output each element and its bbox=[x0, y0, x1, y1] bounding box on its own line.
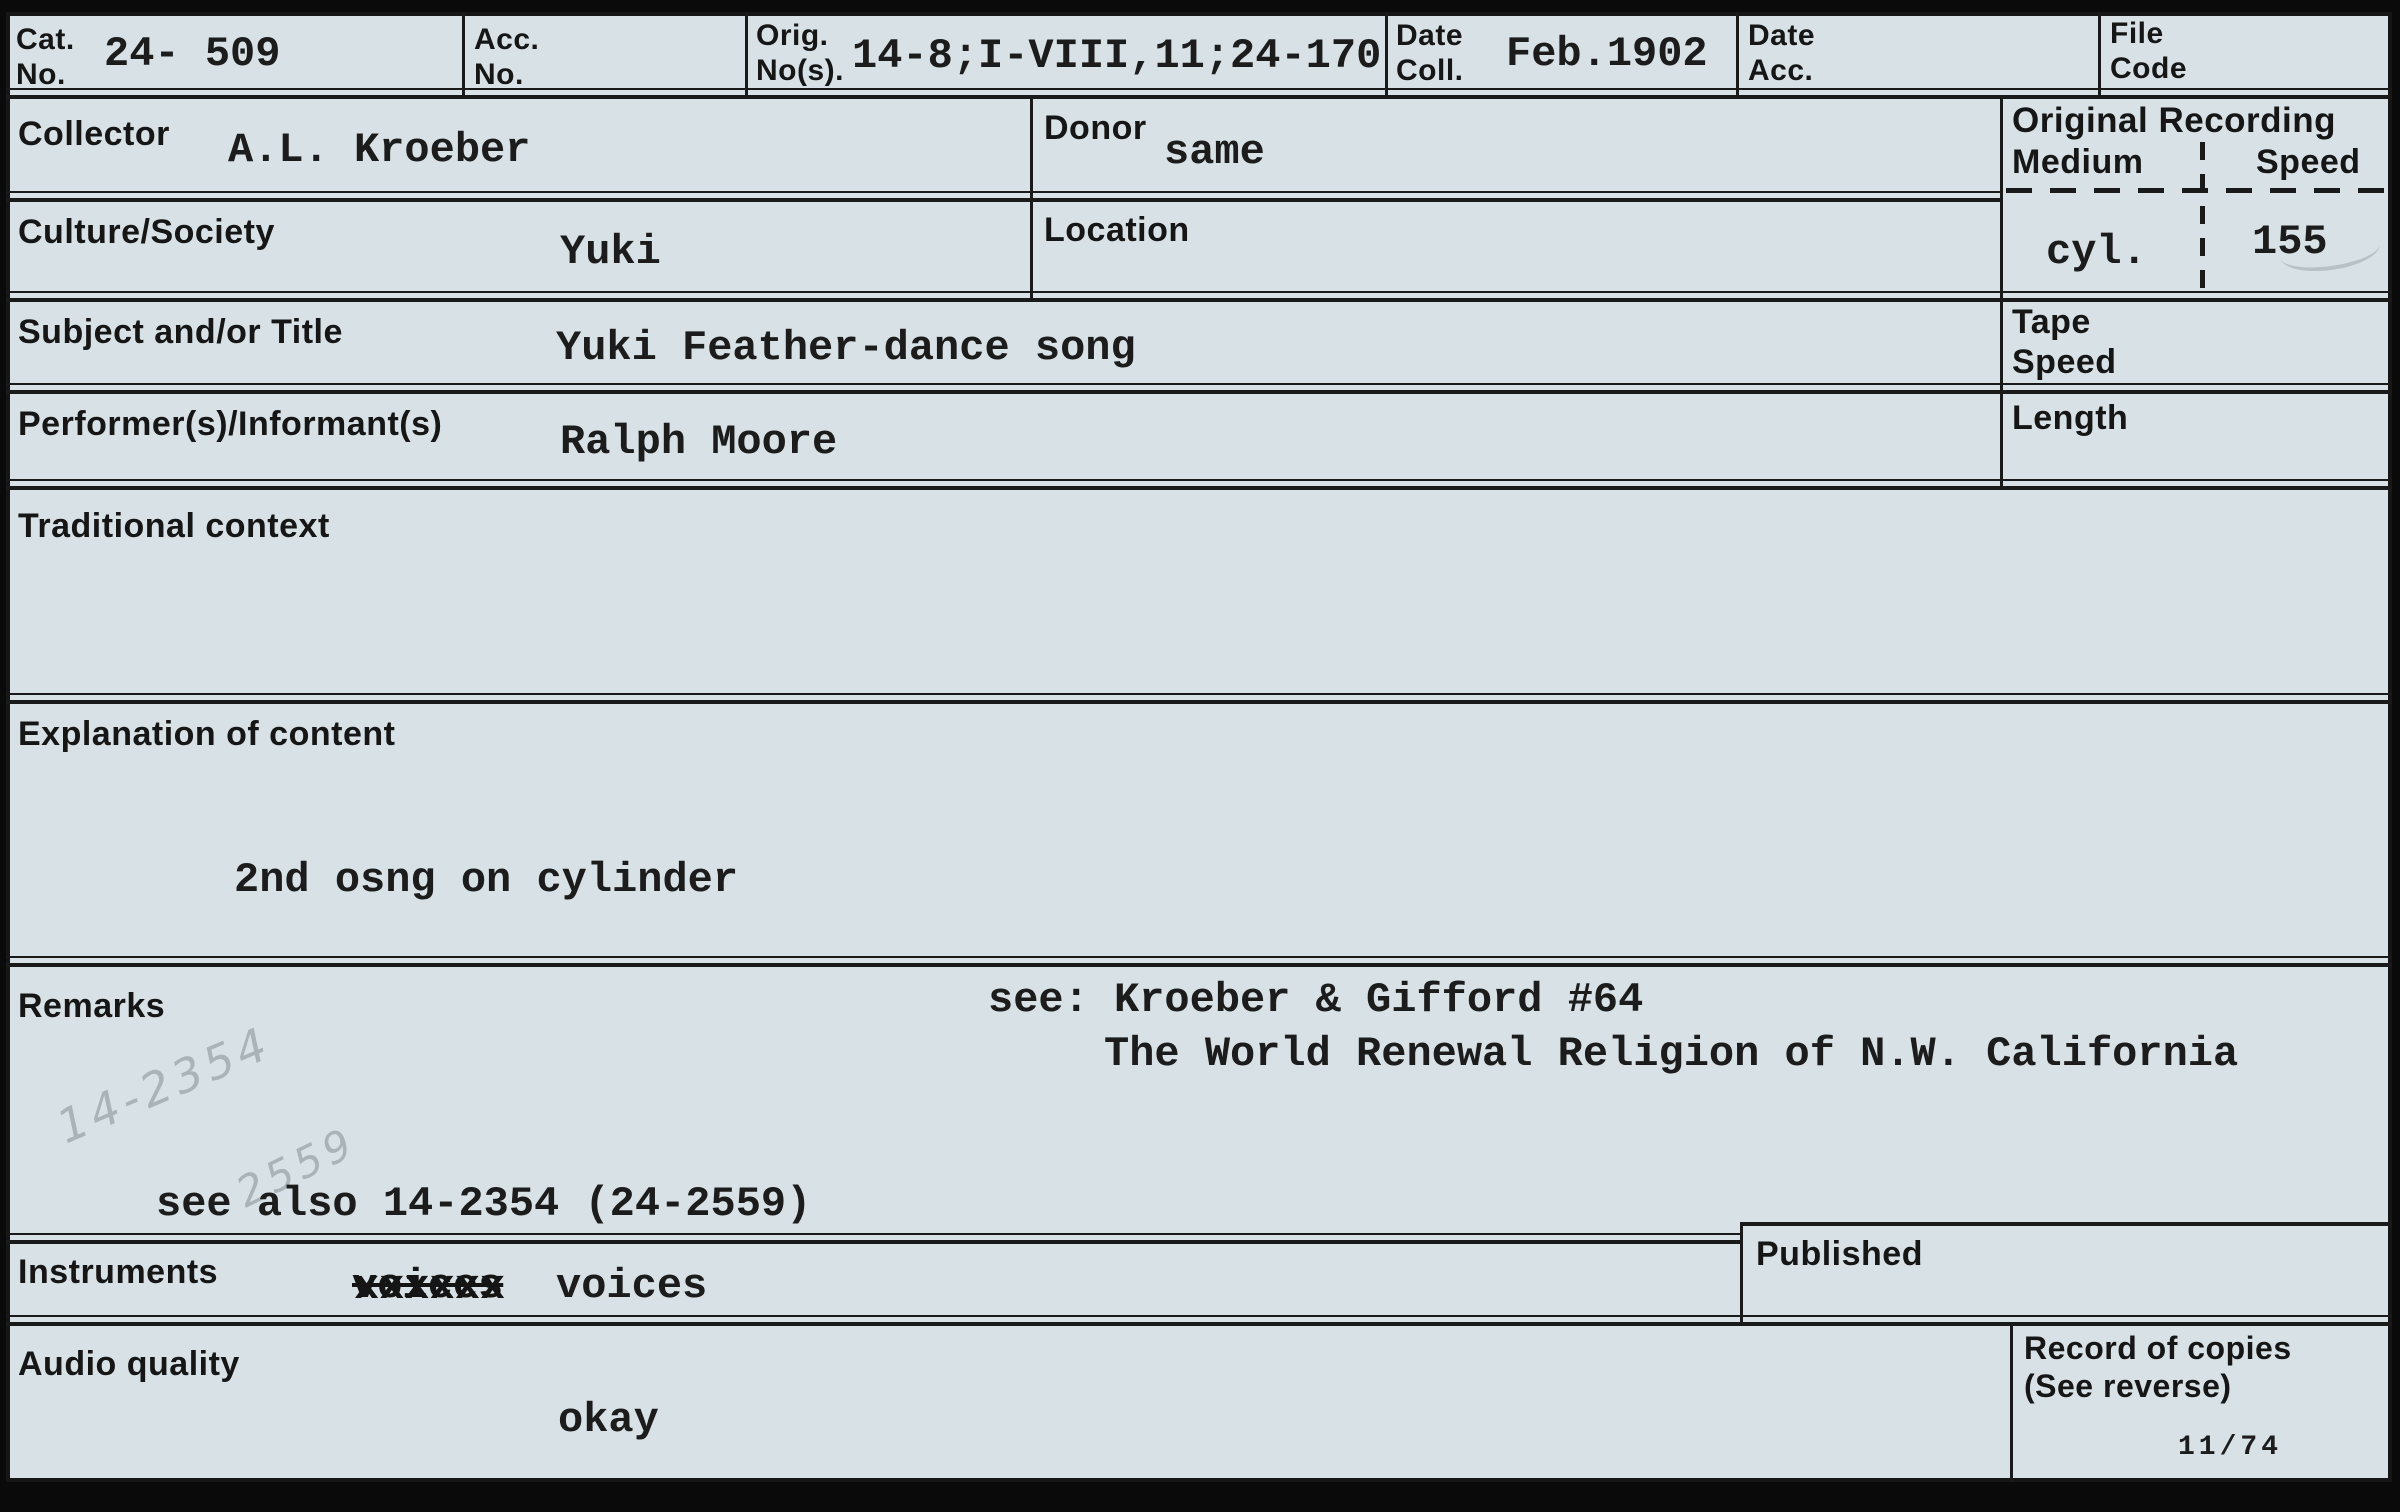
grid-line bbox=[462, 12, 465, 98]
grid-line bbox=[745, 12, 748, 98]
form-number: 11/74 bbox=[2178, 1432, 2282, 1463]
collector-label: Collector bbox=[18, 114, 170, 154]
remarks-see-line1: see: Kroeber & Gifford #64 bbox=[988, 976, 1643, 1024]
struck-word-overlay: xxxxxx bbox=[354, 1263, 505, 1311]
scanned-catalog-card: { "colors": { "card_bg": "#d8e2e6", "lin… bbox=[0, 0, 2400, 1512]
remarks-label: Remarks bbox=[18, 986, 165, 1026]
remarks-see-line2: The World Renewal Religion of N.W. Calif… bbox=[1104, 1030, 2238, 1078]
grid-line bbox=[1740, 1222, 2392, 1226]
performers-value: Ralph Moore bbox=[560, 418, 837, 466]
grid-line bbox=[2000, 95, 2003, 489]
grid-line bbox=[6, 486, 2392, 490]
instruments-label: Instruments bbox=[18, 1252, 218, 1292]
grid-line bbox=[2098, 12, 2101, 98]
grid-line bbox=[1030, 95, 1033, 301]
instruments-struck-word: voices xxxxxx bbox=[352, 1262, 503, 1310]
instruments-value: voices bbox=[556, 1262, 707, 1310]
published-label: Published bbox=[1756, 1234, 1923, 1274]
grid-line bbox=[6, 1240, 1740, 1244]
grid-line bbox=[2010, 1322, 2013, 1482]
grid-line bbox=[6, 95, 2392, 99]
grid-line bbox=[1385, 12, 1388, 98]
grid-line bbox=[6, 1322, 2392, 1326]
speed-value: 155 bbox=[2252, 218, 2328, 266]
audio-quality-value: okay bbox=[558, 1396, 659, 1444]
record-of-copies-label: Record of copies (See reverse) bbox=[2024, 1330, 2292, 1406]
date-coll-label: Date Coll. bbox=[1396, 18, 1464, 89]
length-label: Length bbox=[2012, 398, 2128, 438]
date-acc-label: Date Acc. bbox=[1748, 18, 1815, 89]
speed-label: Speed bbox=[2256, 142, 2361, 182]
grid-line bbox=[1740, 1222, 1743, 1325]
file-code-label: File Code bbox=[2110, 16, 2187, 87]
subject-title-label: Subject and/or Title bbox=[18, 312, 343, 352]
culture-society-label: Culture/Society bbox=[18, 212, 275, 252]
grid-line bbox=[6, 298, 2392, 302]
audio-quality-label: Audio quality bbox=[18, 1344, 240, 1384]
donor-label: Donor bbox=[1044, 108, 1147, 148]
culture-society-value: Yuki bbox=[560, 228, 661, 276]
explanation-label: Explanation of content bbox=[18, 714, 395, 754]
collector-value: A.L. Kroeber bbox=[228, 126, 530, 174]
dashed-divider bbox=[2200, 142, 2205, 296]
grid-line bbox=[1736, 12, 1739, 98]
orig-nos-label: Orig. No(s). bbox=[756, 18, 844, 89]
medium-value: cyl. bbox=[2046, 228, 2147, 276]
explanation-value: 2nd osng on cylinder bbox=[234, 856, 738, 904]
orig-nos-value: 14-8;I-VIII,11;24-170 bbox=[852, 32, 1381, 80]
cat-no-value: 24- 509 bbox=[104, 30, 280, 78]
date-coll-value: Feb.1902 bbox=[1506, 30, 1708, 78]
tape-speed-label: Tape Speed bbox=[2012, 302, 2117, 382]
location-label: Location bbox=[1044, 210, 1190, 250]
donor-value: same bbox=[1164, 128, 1265, 176]
grid-line bbox=[6, 390, 2392, 394]
traditional-context-label: Traditional context bbox=[18, 506, 330, 546]
grid-line bbox=[6, 700, 2392, 704]
grid-line bbox=[6, 198, 2000, 202]
acc-no-label: Acc. No. bbox=[474, 22, 539, 93]
dashed-divider bbox=[2006, 188, 2390, 193]
cat-no-label: Cat. No. bbox=[16, 22, 75, 93]
medium-label: Medium bbox=[2012, 142, 2143, 182]
original-recording-title: Original Recording bbox=[2012, 100, 2336, 141]
subject-title-value: Yuki Feather-dance song bbox=[556, 324, 1136, 372]
remarks-see-also: see also 14-2354 (24-2559) bbox=[156, 1180, 811, 1228]
performers-label: Performer(s)/Informant(s) bbox=[18, 404, 442, 444]
grid-line bbox=[6, 963, 2392, 967]
